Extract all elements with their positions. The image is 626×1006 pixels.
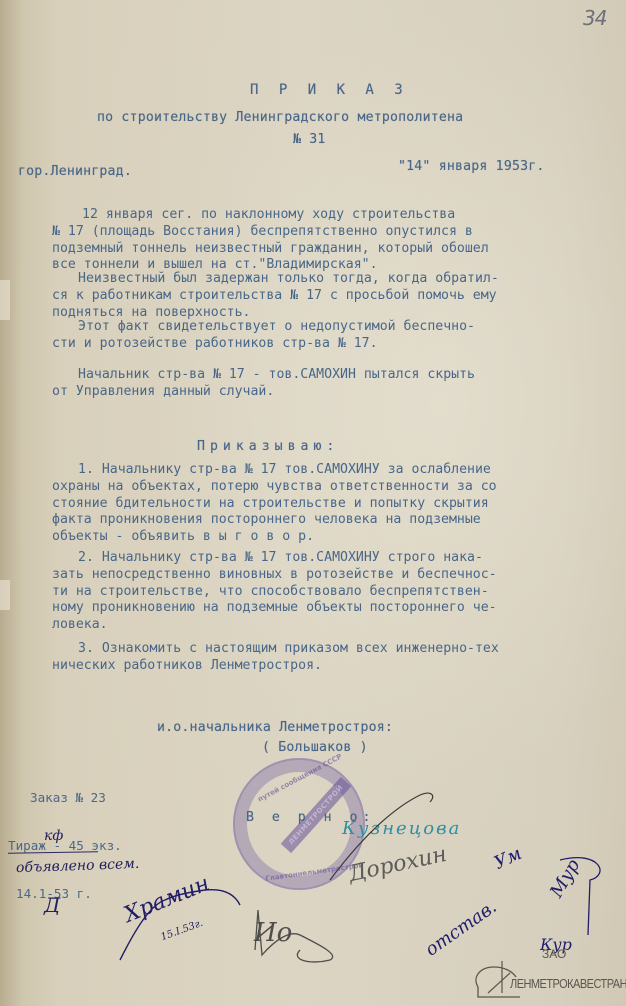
watermark-prefix: ЗАО [542, 947, 566, 961]
watermark-name: ЛЕНМЕТРОКАВЕСТРАНС [510, 977, 626, 991]
archival-document-page: 34 П Р И К А З по строительству Ленингра… [0, 0, 626, 1006]
paper-edge-mark [0, 280, 10, 320]
watermark: ЗАО ЛЕНМЕТРОКАВЕСТРАНС [470, 947, 626, 1003]
pen-strokes [0, 0, 626, 1006]
paper-edge-mark [0, 580, 10, 610]
